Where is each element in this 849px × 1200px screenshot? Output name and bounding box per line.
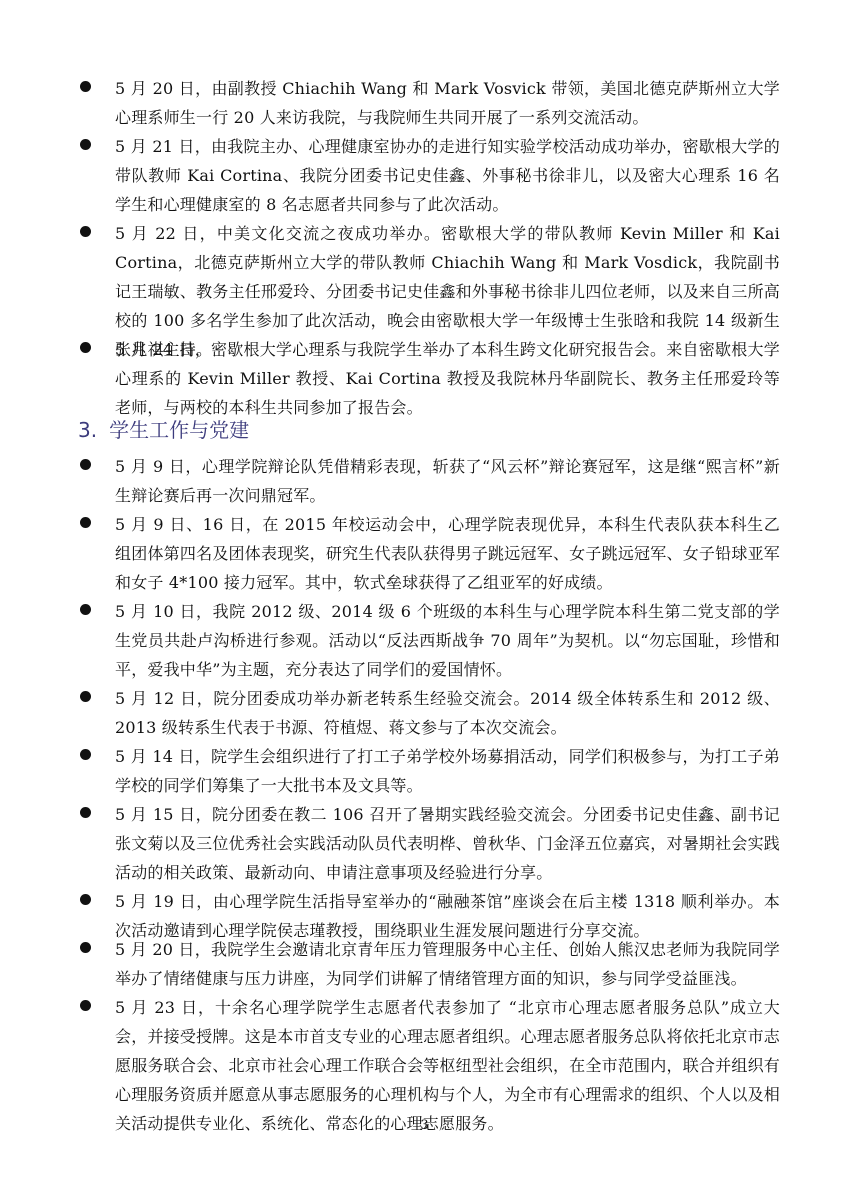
- list-item-text: 5 月 10 日，我院 2012 级、2014 级 6 个班级的本科生与心理学院…: [115, 597, 780, 684]
- list-item: 5 月 10 日，我院 2012 级、2014 级 6 个班级的本科生与心理学院…: [80, 597, 780, 684]
- bullet-icon: [80, 604, 91, 615]
- list-item: 5 月 23 日，十余名心理学院学生志愿者代表参加了 “北京市心理志愿者服务总队…: [80, 993, 780, 1138]
- page-number: 3: [0, 1118, 849, 1133]
- bullet-icon: [80, 942, 91, 953]
- list-item: 5 月 9 日、16 日，在 2015 年校运动会中，心理学院表现优异，本科生代…: [80, 510, 780, 597]
- bullet-icon: [80, 1000, 91, 1011]
- bullet-icon: [80, 517, 91, 528]
- list-item-text: 5 月 9 日，心理学院辩论队凭借精彩表现，斩获了“风云杯”辩论赛冠军，这是继“…: [115, 452, 780, 510]
- list-item: 5 月 20 日，我院学生会邀请北京青年压力管理服务中心主任、创始人熊汉忠老师为…: [80, 935, 780, 993]
- list-item-text: 5 月 20 日，我院学生会邀请北京青年压力管理服务中心主任、创始人熊汉忠老师为…: [115, 935, 780, 993]
- list-item: 5 月 21 日，由我院主办、心理健康室协办的走进行知实验学校活动成功举办，密歇…: [80, 132, 780, 219]
- list-item-text: 5 月 23 日，十余名心理学院学生志愿者代表参加了 “北京市心理志愿者服务总队…: [115, 993, 780, 1138]
- section-heading: 3.学生工作与党建: [78, 414, 249, 443]
- bullet-icon: [80, 807, 91, 818]
- bullet-icon: [80, 226, 91, 237]
- list-item: 5 月 9 日，心理学院辩论队凭借精彩表现，斩获了“风云杯”辩论赛冠军，这是继“…: [80, 452, 780, 510]
- bullet-icon: [80, 342, 91, 353]
- list-item: 5 月 20 日，由副教授 Chiachih Wang 和 Mark Vosvi…: [80, 74, 780, 132]
- list-item-text: 5 月 14 日，院学生会组织进行了打工子弟学校外场募捐活动，同学们积极参与，为…: [115, 742, 780, 800]
- list-item: 5 月 15 日，院分团委在教二 106 召开了暑期实践经验交流会。分团委书记史…: [80, 800, 780, 887]
- list-item: 5 月 12 日，院分团委成功举办新老转系生经验交流会。2014 级全体转系生和…: [80, 684, 780, 742]
- bullet-icon: [80, 139, 91, 150]
- bullet-icon: [80, 459, 91, 470]
- list-item-text: 5 月 12 日，院分团委成功举办新老转系生经验交流会。2014 级全体转系生和…: [115, 684, 780, 742]
- list-item: 5 月 24 日，密歇根大学心理系与我院学生举办了本科生跨文化研究报告会。来自密…: [80, 335, 780, 422]
- list-item-text: 5 月 24 日，密歇根大学心理系与我院学生举办了本科生跨文化研究报告会。来自密…: [115, 335, 780, 422]
- list-item-text: 5 月 9 日、16 日，在 2015 年校运动会中，心理学院表现优异，本科生代…: [115, 510, 780, 597]
- document-page: 5 月 20 日，由副教授 Chiachih Wang 和 Mark Vosvi…: [0, 0, 849, 1200]
- bullet-icon: [80, 894, 91, 905]
- section-number: 3.: [78, 418, 97, 442]
- list-item-text: 5 月 15 日，院分团委在教二 106 召开了暑期实践经验交流会。分团委书记史…: [115, 800, 780, 887]
- list-item-text: 5 月 20 日，由副教授 Chiachih Wang 和 Mark Vosvi…: [115, 74, 780, 132]
- bullet-icon: [80, 749, 91, 760]
- bullet-icon: [80, 691, 91, 702]
- bullet-icon: [80, 81, 91, 92]
- list-item-text: 5 月 21 日，由我院主办、心理健康室协办的走进行知实验学校活动成功举办，密歇…: [115, 132, 780, 219]
- section-title: 学生工作与党建: [109, 418, 249, 442]
- list-item: 5 月 14 日，院学生会组织进行了打工子弟学校外场募捐活动，同学们积极参与，为…: [80, 742, 780, 800]
